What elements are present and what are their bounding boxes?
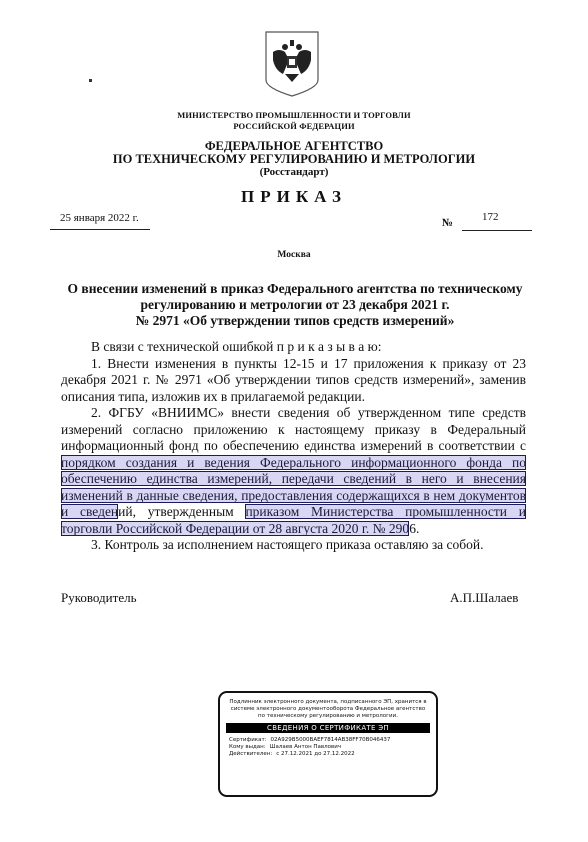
document-type: ПРИКАЗ <box>0 187 588 207</box>
e-signature-stamp: Подлинник электронного документа, подпис… <box>218 691 438 797</box>
intro-paragraph: В связи с технической ошибкой п р и к а … <box>61 339 526 356</box>
agency-line-2: ПО ТЕХНИЧЕСКОМУ РЕГУЛИРОВАНИЮ И МЕТРОЛОГ… <box>0 152 588 166</box>
document-city: Москва <box>0 250 588 260</box>
agency-line-1: ФЕДЕРАЛЬНОЕ АГЕНТСТВО <box>0 139 588 153</box>
number-sign: № <box>442 217 453 229</box>
number-underline <box>462 230 532 231</box>
document-body: В связи с технической ошибкой п р и к а … <box>61 339 526 554</box>
certificate-label: Сертификат: <box>229 737 267 743</box>
document-title: О внесении изменений в приказ Федерально… <box>40 281 550 329</box>
stamp-details: Сертификат:02A929B5000BAEF7814AB38FF70B0… <box>220 737 436 758</box>
ministry-line-1: МИНИСТЕРСТВО ПРОМЫШЛЕННОСТИ И ТОРГОВЛИ <box>0 110 588 121</box>
item-2-text-middle: ий, утвержденным <box>118 504 245 519</box>
title-line-1: О внесении изменений в приказ Федерально… <box>40 281 550 297</box>
issued-to-label: Кому выдан: <box>229 744 266 750</box>
ministry-line-2: РОССИЙСКОЙ ФЕДЕРАЦИИ <box>0 121 588 132</box>
validity-value: с 27.12.2021 до 27.12.2022 <box>276 751 354 757</box>
title-line-2: регулированию и метрологии от 23 декабря… <box>40 297 550 313</box>
document-date: 25 января 2022 г. <box>60 212 139 224</box>
signature-role: Руководитель <box>61 590 137 606</box>
stamp-validity-row: Действителен:с 27.12.2021 до 27.12.2022 <box>229 751 436 758</box>
item-2-text-start: 2. ФГБУ «ВНИИМС» внести сведения об утве… <box>61 405 526 453</box>
stamp-certificate-header: СВЕДЕНИЯ О СЕРТИФИКАТЕ ЭП <box>226 723 430 733</box>
issued-to-value: Шалаев Антон Павлович <box>270 744 341 750</box>
signature-name: А.П.Шалаев <box>450 590 518 606</box>
item-3-paragraph: 3. Контроль за исполнением настоящего пр… <box>61 537 526 554</box>
stamp-notice: Подлинник электронного документа, подпис… <box>220 693 436 720</box>
coat-of-arms-icon <box>263 30 321 98</box>
date-underline <box>50 229 150 230</box>
stamp-certificate-row: Сертификат:02A929B5000BAEF7814AB38FF70B0… <box>229 737 436 744</box>
stamp-issued-to-row: Кому выдан:Шалаев Антон Павлович <box>229 744 436 751</box>
item-1-paragraph: 1. Внести изменения в пункты 12-15 и 17 … <box>61 356 526 406</box>
agency-line-3: (Росстандарт) <box>0 165 588 179</box>
title-line-3: № 2971 «Об утверждении типов средств изм… <box>40 313 550 329</box>
item-2-paragraph: 2. ФГБУ «ВНИИМС» внести сведения об утве… <box>61 405 526 537</box>
item-2-text-end: 6. <box>409 521 419 536</box>
document-number: 172 <box>482 211 499 223</box>
validity-label: Действителен: <box>229 751 272 757</box>
certificate-value: 02A929B5000BAEF7814AB38FF70B046437 <box>271 737 391 743</box>
scan-speck <box>89 79 92 82</box>
